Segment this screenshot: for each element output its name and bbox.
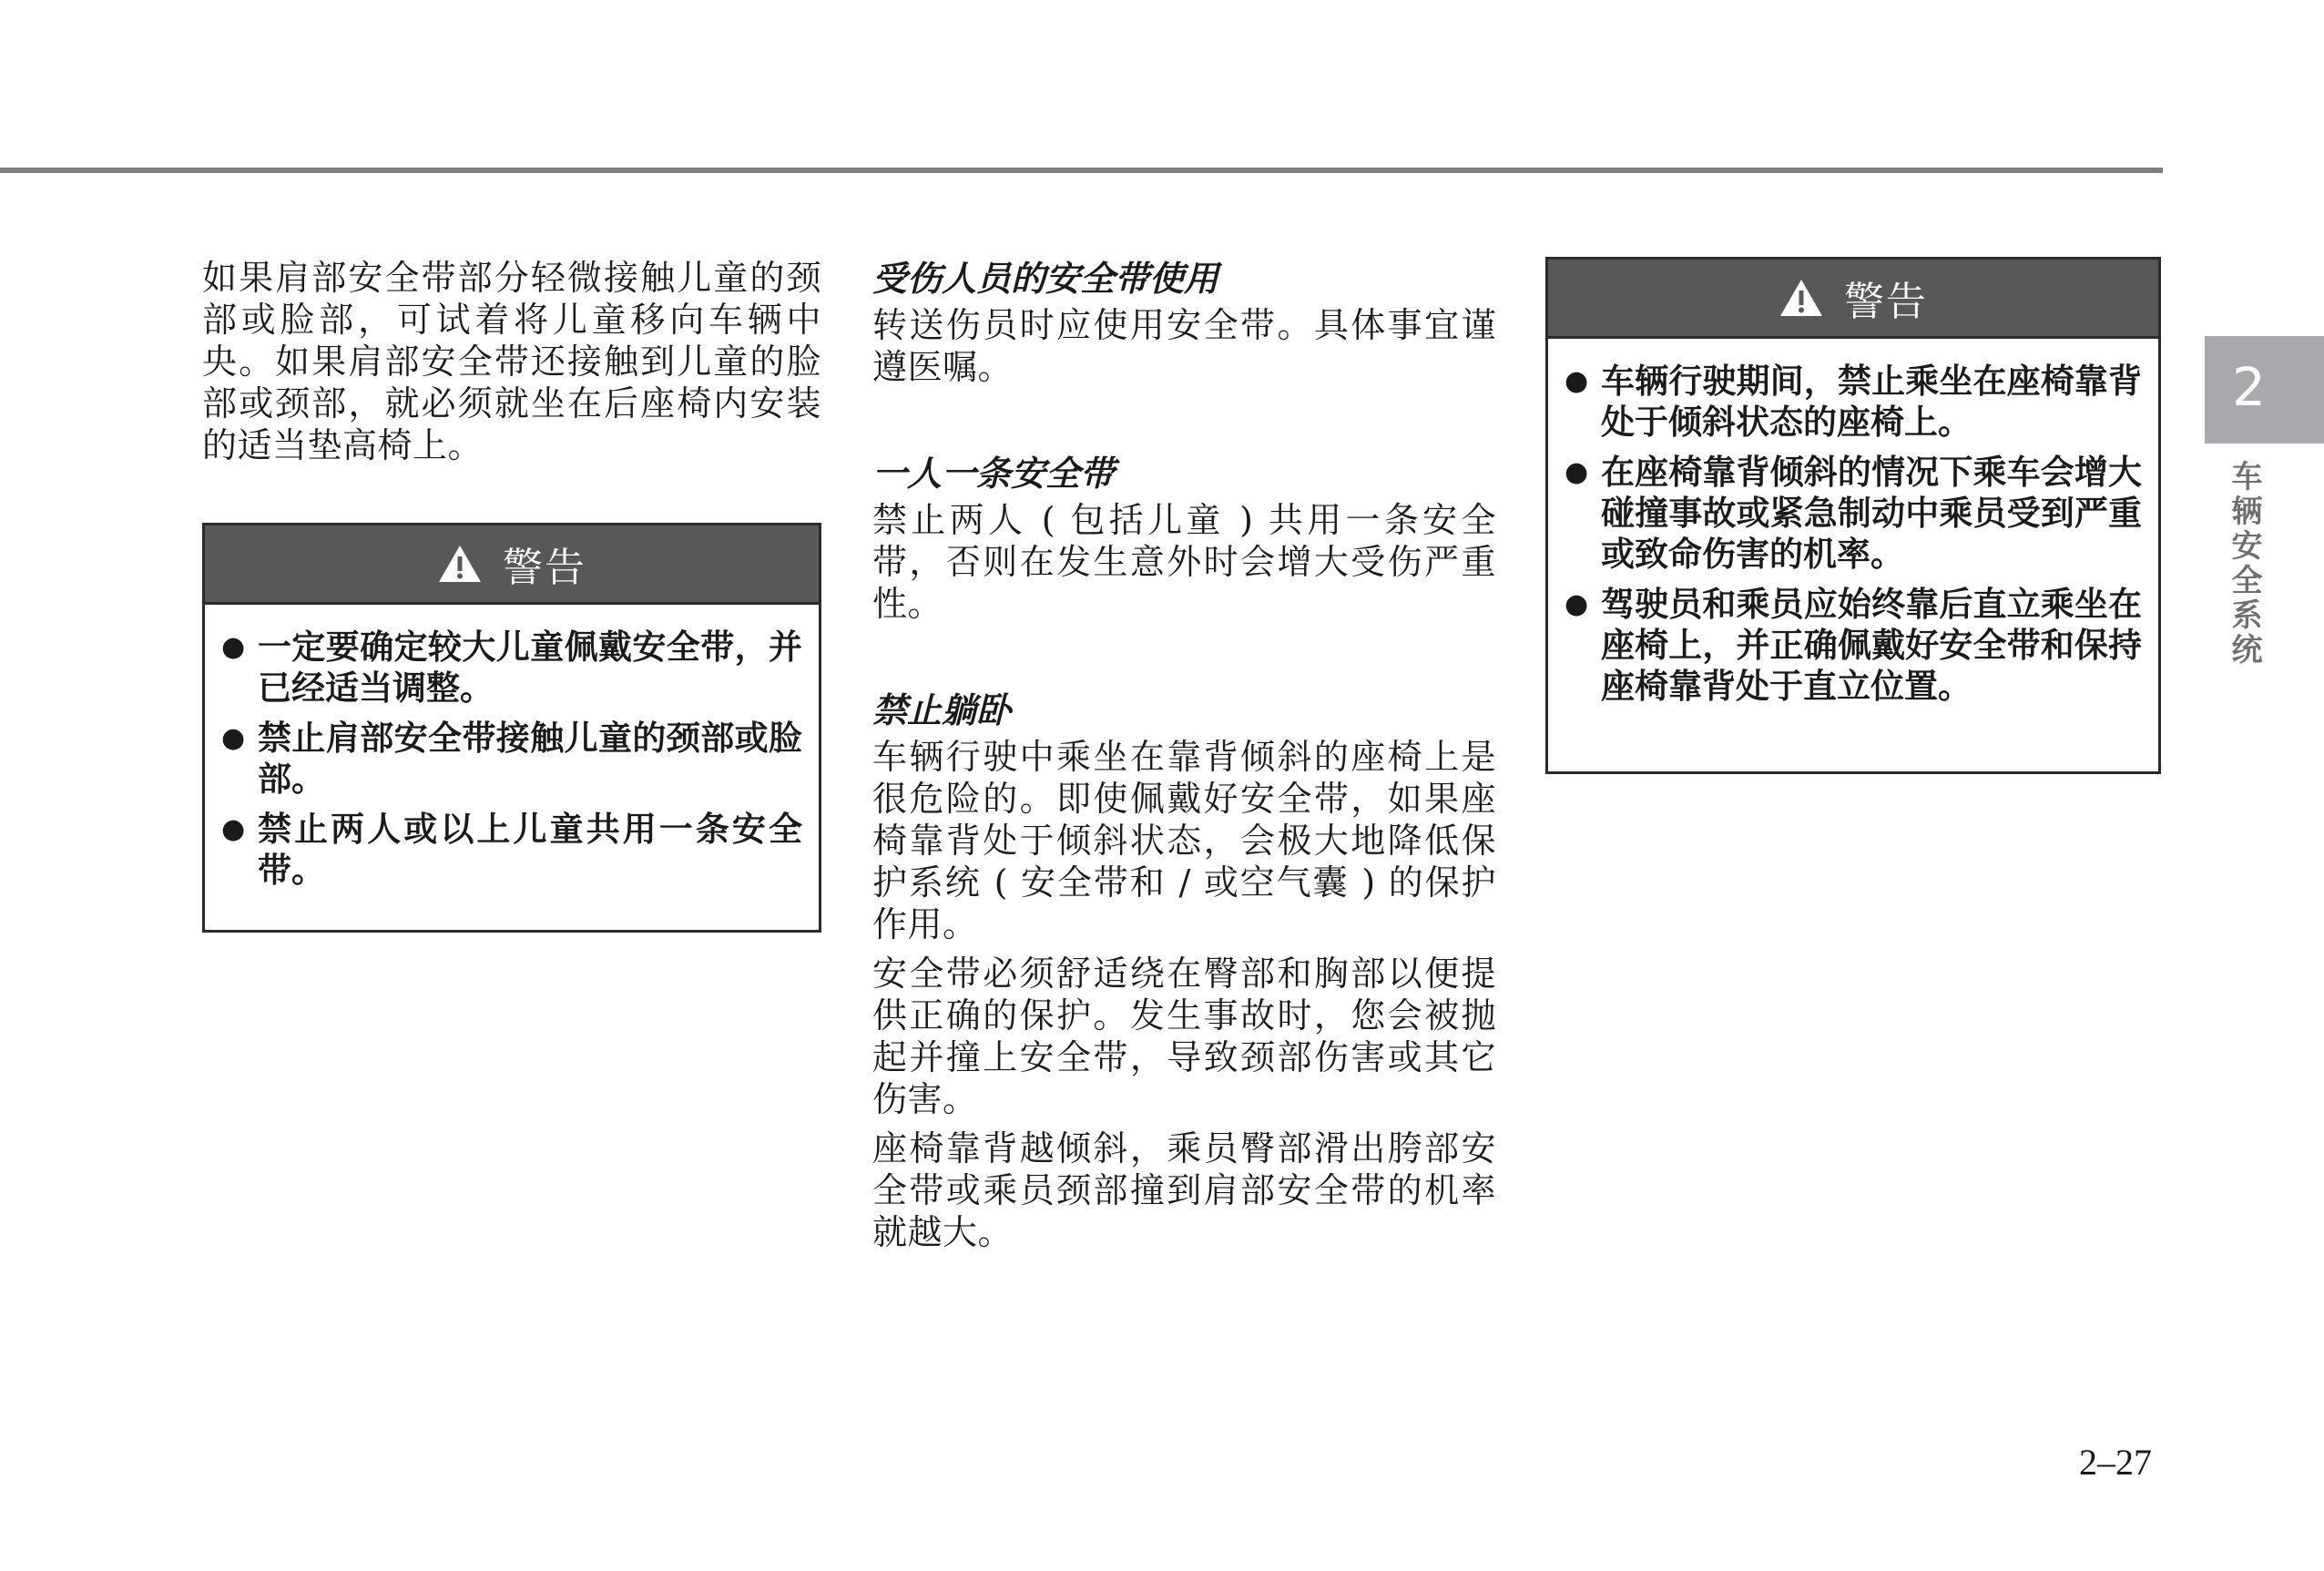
warning-item: ● 驾驶员和乘员应始终靠后直立乘坐在座椅上，并正确佩戴好安全带和保持座椅靠背处于…: [1565, 584, 2142, 707]
paragraph-child-belt-adjust: 如果肩部安全带部分轻微接触儿童的颈部或脸部，可试着将儿童移向车辆中央。如果肩部安…: [202, 257, 821, 466]
section-paragraph: 禁止两人 ( 包括儿童 ) 共用一条安全带，否则在发生意外时会增大受伤严重性。: [872, 499, 1496, 625]
warning-item: ● 在座椅靠背倾斜的情况下乘车会增大碰撞事故或紧急制动中乘员受到严重或致命伤害的…: [1565, 452, 2142, 575]
bullet-icon: ●: [1565, 361, 1601, 443]
warning-title: 警告: [503, 535, 586, 593]
column-left: 如果肩部安全带部分轻微接触儿童的颈部或脸部，可试着将儿童移向车辆中央。如果肩部安…: [202, 257, 821, 933]
column-right: 警告 ● 车辆行驶期间，禁止乘坐在座椅靠背处于倾斜状态的座椅上。 ● 在座椅靠背…: [1545, 257, 2161, 774]
section-paragraph: 转送伤员时应使用安全带。具体事宜谨遵医嘱。: [872, 304, 1496, 388]
warning-item: ● 一定要确定较大儿童佩戴安全带，并已经适当调整。: [221, 627, 802, 709]
chapter-number: 2: [2232, 356, 2266, 418]
section-paragraph: 座椅靠背越倾斜，乘员臀部滑出胯部安全带或乘员颈部撞到肩部安全带的机率就越大。: [872, 1127, 1496, 1253]
section-heading: 一人一条安全带: [872, 452, 1496, 495]
chapter-tab: 2: [2205, 336, 2324, 444]
warning-triangle-icon: [1779, 278, 1824, 318]
bullet-icon: ●: [221, 809, 258, 891]
warning-header: 警告: [1548, 260, 2158, 339]
warning-item: ● 车辆行驶期间，禁止乘坐在座椅靠背处于倾斜状态的座椅上。: [1565, 361, 2142, 443]
warning-item: ● 禁止两人或以上儿童共用一条安全带。: [221, 809, 802, 891]
section-heading: 受伤人员的安全带使用: [872, 257, 1496, 301]
bullet-icon: ●: [1565, 584, 1601, 707]
warning-list: ● 一定要确定较大儿童佩戴安全带，并已经适当调整。 ● 禁止肩部安全带接触儿童的…: [205, 605, 819, 927]
bullet-icon: ●: [221, 718, 258, 800]
section-one-person-one-belt: 一人一条安全带 禁止两人 ( 包括儿童 ) 共用一条安全带，否则在发生意外时会增…: [872, 452, 1496, 625]
warning-triangle-icon: [437, 544, 483, 584]
warning-item: ● 禁止肩部安全带接触儿童的颈部或脸部。: [221, 718, 802, 800]
section-injured-persons: 受伤人员的安全带使用 转送伤员时应使用安全带。具体事宜谨遵医嘱。: [872, 257, 1496, 388]
warning-list: ● 车辆行驶期间，禁止乘坐在座椅靠背处于倾斜状态的座椅上。 ● 在座椅靠背倾斜的…: [1548, 339, 2158, 743]
warning-box-children: 警告 ● 一定要确定较大儿童佩戴安全带，并已经适当调整。 ● 禁止肩部安全带接触…: [202, 523, 821, 933]
bullet-icon: ●: [1565, 452, 1601, 575]
column-middle: 受伤人员的安全带使用 转送伤员时应使用安全带。具体事宜谨遵医嘱。 一人一条安全带…: [872, 257, 1496, 1253]
warning-title: 警告: [1844, 269, 1928, 327]
header-rule: [0, 168, 2163, 173]
page-number: 2–27: [2079, 1441, 2152, 1484]
bullet-icon: ●: [221, 627, 258, 709]
section-no-reclining: 禁止躺卧 车辆行驶中乘坐在靠背倾斜的座椅上是很危险的。即使佩戴好安全带，如果座椅…: [872, 689, 1496, 1253]
section-paragraph: 车辆行驶中乘坐在靠背倾斜的座椅上是很危险的。即使佩戴好安全带，如果座椅靠背处于倾…: [872, 736, 1496, 945]
section-paragraph: 安全带必须舒适绕在臀部和胸部以便提供正确的保护。发生事故时，您会被抛起并撞上安全…: [872, 953, 1496, 1120]
warning-header: 警告: [205, 525, 819, 605]
section-heading: 禁止躺卧: [872, 689, 1496, 732]
chapter-title: 车辆安全系统: [2222, 460, 2267, 668]
warning-box-reclining: 警告 ● 车辆行驶期间，禁止乘坐在座椅靠背处于倾斜状态的座椅上。 ● 在座椅靠背…: [1545, 257, 2161, 774]
